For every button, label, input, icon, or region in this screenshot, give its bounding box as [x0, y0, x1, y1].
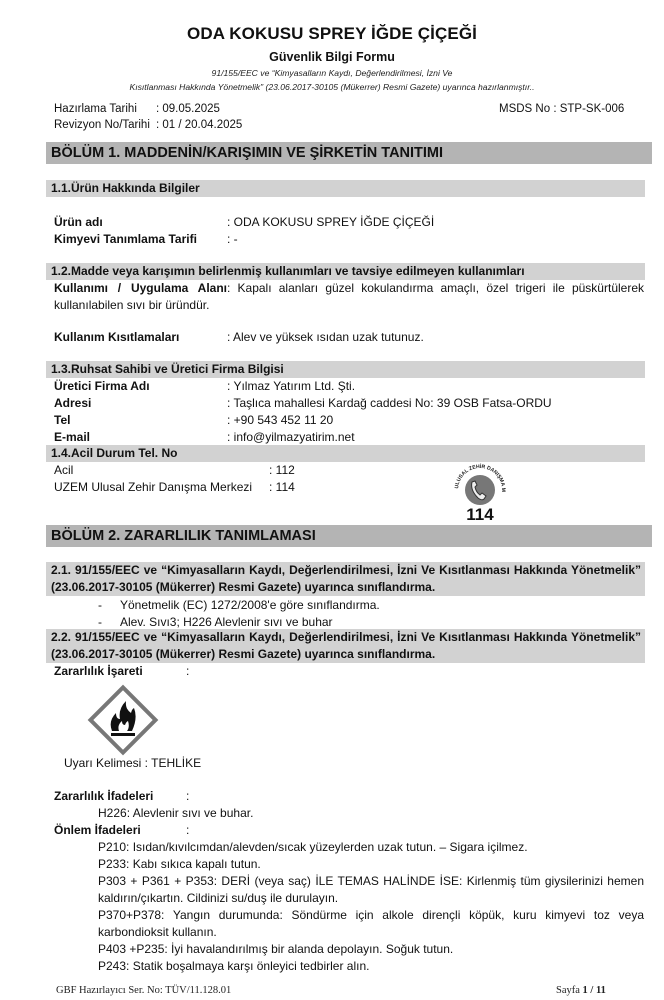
address-label: Adresi: [54, 395, 227, 412]
hazard-statements-label: Zararlılık İfadeleri: [54, 788, 186, 805]
page-separator: /: [588, 985, 596, 996]
precaution-p210: P210: Isıdan/kıvılcımdan/alevden/sıcak y…: [98, 839, 644, 856]
usage-value: : Kapalı alanları güzel kokulandırma ama…: [227, 281, 644, 295]
email-row: E-mail: info@yilmazyatirim.net: [54, 429, 644, 446]
chemical-description-row: Kimyevi Tanımlama Tarifi: -: [54, 231, 644, 248]
document-subtitle: Güvenlik Bilgi Formu: [0, 50, 664, 64]
precaution-statements-row: Önlem İfadeleri:: [54, 822, 644, 839]
subsection-2-2-header: 2.2. 91/155/EEC ve “Kimyasalların Kaydı,…: [46, 629, 645, 663]
precaution-p303-p361-p353: P303 + P361 + P353: DERİ (veya saç) İLE …: [98, 873, 644, 907]
subsection-2-1-title-line2: (23.06.2017-30105 (Mükerrer) Resmi Gazet…: [51, 579, 645, 596]
revision-label: Revizyon No/Tarihi: [54, 119, 156, 131]
signal-word: Uyarı Kelimesi : TEHLİKE: [64, 756, 201, 770]
hazard-statements-colon: :: [186, 789, 189, 803]
logo-number: 114: [466, 505, 494, 524]
manufacturer-label: Üretici Firma Adı: [54, 378, 227, 395]
product-name-label: Ürün adı: [54, 214, 227, 231]
subsection-1-3-header: 1.3.Ruhsat Sahibi ve Üretici Firma Bilgi…: [46, 361, 645, 378]
revision: Revizyon No/Tarihi: 01 / 20.04.2025: [54, 119, 242, 131]
subsection-1-2-header: 1.2.Madde veya karışımın belirlenmiş kul…: [46, 263, 645, 280]
bullet-text: Alev. Sıvı3; H226 Alevlenir sıvı ve buha…: [120, 615, 333, 629]
precaution-p403-p235: P403 +P235: İyi havalandırılmış bir alan…: [98, 941, 644, 958]
prep-date: Hazırlama Tarihi: 09.05.2025: [54, 103, 220, 115]
address-row: Adresi: Taşlıca mahallesi Kardağ caddesi…: [54, 395, 644, 412]
chemical-description-value: : -: [227, 232, 238, 246]
revision-value: : 01 / 20.04.2025: [156, 119, 242, 131]
tel-label: Tel: [54, 412, 227, 429]
page-prefix: Sayfa: [556, 985, 583, 996]
hazard-sign-colon: :: [186, 664, 189, 678]
classification-bullet: -Yönetmelik (EC) 1272/2008'e göre sınıfl…: [98, 597, 380, 614]
manufacturer-row: Üretici Firma Adı: Yılmaz Yatırım Ltd. Ş…: [54, 378, 644, 395]
poison-center-label: UZEM Ulusal Zehir Danışma Merkezi: [54, 479, 269, 496]
precaution-statements-label: Önlem İfadeleri: [54, 822, 186, 839]
hazard-statement-h226: H226: Alevlenir sıvı ve buhar.: [98, 805, 644, 822]
subsection-2-1-header: 2.1. 91/155/EEC ve “Kimyasalların Kaydı,…: [46, 562, 645, 596]
subsection-2-1-title-line1: 2.1. 91/155/EEC ve “Kimyasalların Kaydı,…: [51, 562, 645, 579]
email-value[interactable]: : info@yilmazyatirim.net: [227, 430, 355, 444]
poison-center-value: : 114: [269, 480, 295, 494]
hazard-sign-label: Zararlılık İşareti: [54, 663, 186, 680]
precaution-p243: P243: Statik boşalmaya karşı önleyici te…: [98, 958, 644, 975]
emergency-value: : 112: [269, 463, 295, 477]
poison-center-row: UZEM Ulusal Zehir Danışma Merkezi: 114: [54, 479, 644, 496]
page-number: Sayfa 1 / 11: [556, 985, 606, 996]
bullet-dash: -: [98, 597, 120, 614]
usage-value-continued: kullanılabilen sıvı bir üründür.: [54, 297, 644, 314]
page-total: 11: [596, 985, 606, 996]
usage-row: Kullanımı / Uygulama Alanı: Kapalı alanl…: [54, 280, 644, 297]
tel-value: : +90 543 452 11 20: [227, 413, 333, 427]
manufacturer-value: : Yılmaz Yatırım Ltd. Şti.: [227, 379, 355, 393]
flame-pictogram-icon: [84, 681, 162, 759]
emergency-row: Acil: 112: [54, 462, 644, 479]
usage-label: Kullanımı / Uygulama Alanı: [54, 280, 227, 297]
subsection-2-2-title-line1: 2.2. 91/155/EEC ve “Kimyasalların Kaydı,…: [51, 629, 645, 646]
section-1-header: BÖLÜM 1. MADDENİN/KARIŞIMIN VE ŞİRKETİN …: [46, 142, 652, 164]
regulation-note-line1: 91/155/EEC ve “Kimyasalların Kaydı, Değe…: [0, 68, 664, 78]
poison-center-logo-icon: ULUSAL ZEHİR DANIŞMA MERKEZİ 114: [448, 460, 512, 524]
tel-row: Tel: +90 543 452 11 20: [54, 412, 644, 429]
precaution-p370-p378: P370+P378: Yangın durumunda: Söndürme iç…: [98, 907, 644, 941]
precaution-p233: P233: Kabı sıkıca kapalı tutun.: [98, 856, 644, 873]
subsection-1-1-header: 1.1.Ürün Hakkında Bilgiler: [46, 180, 645, 197]
hazard-sign-row: Zararlılık İşareti:: [54, 663, 644, 680]
restriction-row: Kullanım Kısıtlamaları: Alev ve yüksek ı…: [54, 329, 644, 346]
precaution-statements-colon: :: [186, 823, 189, 837]
product-name-value: : ODA KOKUSU SPREY İĞDE ÇİÇEĞİ: [227, 215, 434, 229]
footer-preparer-serial: GBF Hazırlayıcı Ser. No: TÜV/11.128.01: [56, 985, 231, 996]
restriction-value: : Alev ve yüksek ısıdan uzak tutunuz.: [227, 330, 424, 344]
msds-number: MSDS No : STP-SK-006: [499, 103, 624, 115]
bullet-text: Yönetmelik (EC) 1272/2008'e göre sınıfla…: [120, 598, 380, 612]
regulation-note-line2: Kısıtlanması Hakkında Yönetmelik” (23.06…: [0, 82, 664, 92]
subsection-1-4-header: 1.4.Acil Durum Tel. No: [46, 445, 645, 462]
product-name-row: Ürün adı: ODA KOKUSU SPREY İĞDE ÇİÇEĞİ: [54, 214, 644, 231]
hazard-statements-row: Zararlılık İfadeleri:: [54, 788, 644, 805]
address-value: : Taşlıca mahallesi Kardağ caddesi No: 3…: [227, 396, 552, 410]
prep-date-value: : 09.05.2025: [156, 103, 220, 115]
section-2-header: BÖLÜM 2. ZARARLILIK TANIMLAMASI: [46, 525, 652, 547]
restriction-label: Kullanım Kısıtlamaları: [54, 329, 227, 346]
chemical-description-label: Kimyevi Tanımlama Tarifi: [54, 231, 227, 248]
emergency-label: Acil: [54, 462, 269, 479]
document-title: ODA KOKUSU SPREY İĞDE ÇİÇEĞİ: [0, 24, 664, 44]
subsection-2-2-title-line2: (23.06.2017-30105 (Mükerrer) Resmi Gazet…: [51, 646, 645, 663]
email-label: E-mail: [54, 429, 227, 446]
prep-date-label: Hazırlama Tarihi: [54, 103, 156, 115]
